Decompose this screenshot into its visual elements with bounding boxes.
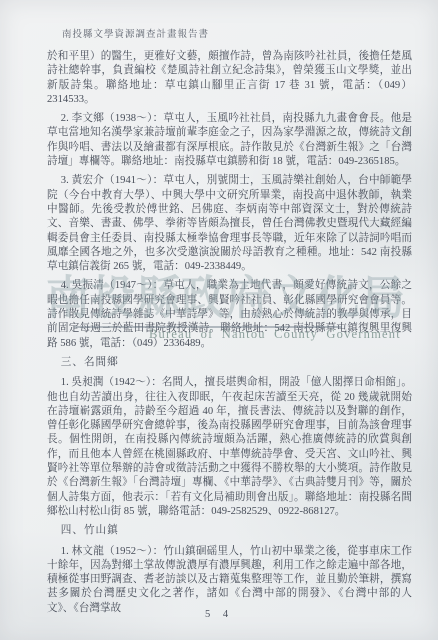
scanned-report-page: 南投縣文學資源調查計畫報告書 於和平里）的醫生，更雅好文藝，頗擅作詩，曾為南陔吟… (0, 0, 438, 640)
body-paragraph-entry-1-wu-chang-run: 1. 吳昶潤（1942～）：名間人，擅長堪輿命相，開設「億人閣擇日命相館」。他也… (47, 376, 412, 519)
page-body-text: 於和平里）的醫生，更雅好文藝，頗擅作詩，曾為南陔吟社社員，後擔任楚風詩社總幹事，… (47, 50, 412, 621)
body-paragraph-entry-3-huang-hong-jie: 3. 黃宏介（1941～）：草屯人，別號閒士，玉風詩樂社創始人，台中師範學院（今… (47, 174, 412, 274)
section-heading-zhushan-town: 四、竹山鎮 (47, 524, 412, 538)
body-paragraph-entry-4-wu-zhen-qing: 4. 吳振清（1947～）：草屯人，職業為土地代書，頗愛好傳統詩文，公餘之暇也擔… (47, 279, 412, 350)
body-paragraph-continuation: 於和平里）的醫生，更雅好文藝，頗擅作詩，曾為南陔吟社社員，後擔任楚風詩社總幹事，… (47, 50, 412, 107)
section-heading-mingjian-township: 三、名間鄉 (47, 356, 412, 370)
body-paragraph-entry-2-li-wen-xiang: 2. 李文鄉（1938～）：草屯人，玉風吟社社員，南投縣九九畫會會長。他是草屯當… (47, 112, 412, 169)
running-header-title: 南投縣文學資源調查計畫報告書 (62, 26, 209, 40)
body-paragraph-entry-1-lin-wen-long: 1. 林文龍（1952～）：竹山鎮硘磘里人，竹山初中畢業之後，從事車床工作十餘年… (47, 545, 412, 616)
